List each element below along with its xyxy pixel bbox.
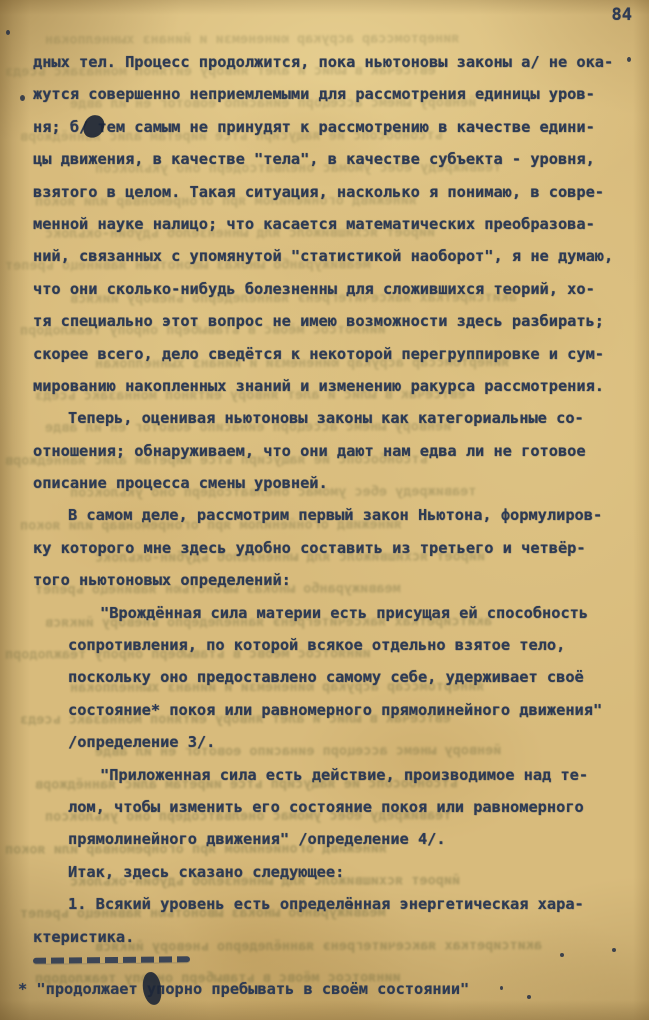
text-line: "Приложенная сила есть действие, произво… xyxy=(33,759,639,791)
typewritten-text: дных тел. Процесс продолжится, пока ньют… xyxy=(33,46,639,953)
text-line: ктеристика. xyxy=(33,921,639,953)
ink-speck xyxy=(612,948,616,952)
text-line: прямолинейного движения" /определение 4/… xyxy=(33,823,639,855)
scanned-page: яинертомссар асрукар юиненемзи и йинанз … xyxy=(0,0,649,1020)
ink-speck xyxy=(627,57,631,62)
text-line: состояние* покоя или равномерного прямол… xyxy=(33,694,639,726)
text-line: лом, чтобы изменить его состояние покоя … xyxy=(33,791,639,823)
text-line: цы движения, в качестве "тела", в качест… xyxy=(33,143,639,175)
ink-speck xyxy=(350,903,353,907)
text-line: 1. Всякий уровень есть определённая энер… xyxy=(33,888,639,920)
text-line: Итак, здесь сказано следующее: xyxy=(33,856,639,888)
text-line: ня; б/ тем самым не принудят к рассмотре… xyxy=(33,111,639,143)
footnote-text: * "продолжает упорно пребывать в своём с… xyxy=(18,980,469,998)
page-number: 84 xyxy=(612,5,632,25)
text-line: тя специально этот вопрос не имею возмож… xyxy=(33,305,639,337)
text-line: отношения; обнаруживаем, что они дают на… xyxy=(33,435,639,467)
bleedthrough-line: яинертомссар асрукар юиненемзи и йинанз … xyxy=(45,30,460,47)
text-line: Теперь, оценивая ньютоновы законы как ка… xyxy=(33,402,639,434)
ink-speck xyxy=(6,30,10,35)
text-line: того ньютоновых определений: xyxy=(33,564,639,596)
text-line: взятого в целом. Такая ситуация, насколь… xyxy=(33,176,639,208)
text-line: поскольку оно предоставлено самому себе,… xyxy=(33,661,639,693)
ink-blot xyxy=(141,971,163,1006)
text-line: описание процесса смены уровней. xyxy=(33,467,639,499)
text-line: что они сколько-нибудь болезненны для сл… xyxy=(33,273,639,305)
ink-speck xyxy=(560,953,564,957)
text-line: дных тел. Процесс продолжится, пока ньют… xyxy=(33,46,639,78)
ink-speck xyxy=(500,986,503,990)
ink-speck xyxy=(527,995,531,999)
text-line: ний, связанных с упомянутой "статистикой… xyxy=(33,240,639,272)
ink-speck xyxy=(20,95,25,101)
text-line: сопротивления, по которой всякое отдельн… xyxy=(33,629,639,661)
footnote-separator xyxy=(33,956,190,964)
text-line: мированию накопленных знаний и изменению… xyxy=(33,370,639,402)
text-line: В самом деле, рассмотрим первый закон Нь… xyxy=(33,499,639,531)
text-line: ку которого мне здесь удобно составить и… xyxy=(33,532,639,564)
text-line: "Врождённая сила материи есть присущая е… xyxy=(33,597,639,629)
text-line: жутся совершенно неприемлемыми для рассм… xyxy=(33,78,639,110)
text-line: менной науке налицо; что касается матема… xyxy=(33,208,639,240)
text-line: /определение 3/. xyxy=(33,726,639,758)
text-line: скорее всего, дело сведётся к некоторой … xyxy=(33,338,639,370)
